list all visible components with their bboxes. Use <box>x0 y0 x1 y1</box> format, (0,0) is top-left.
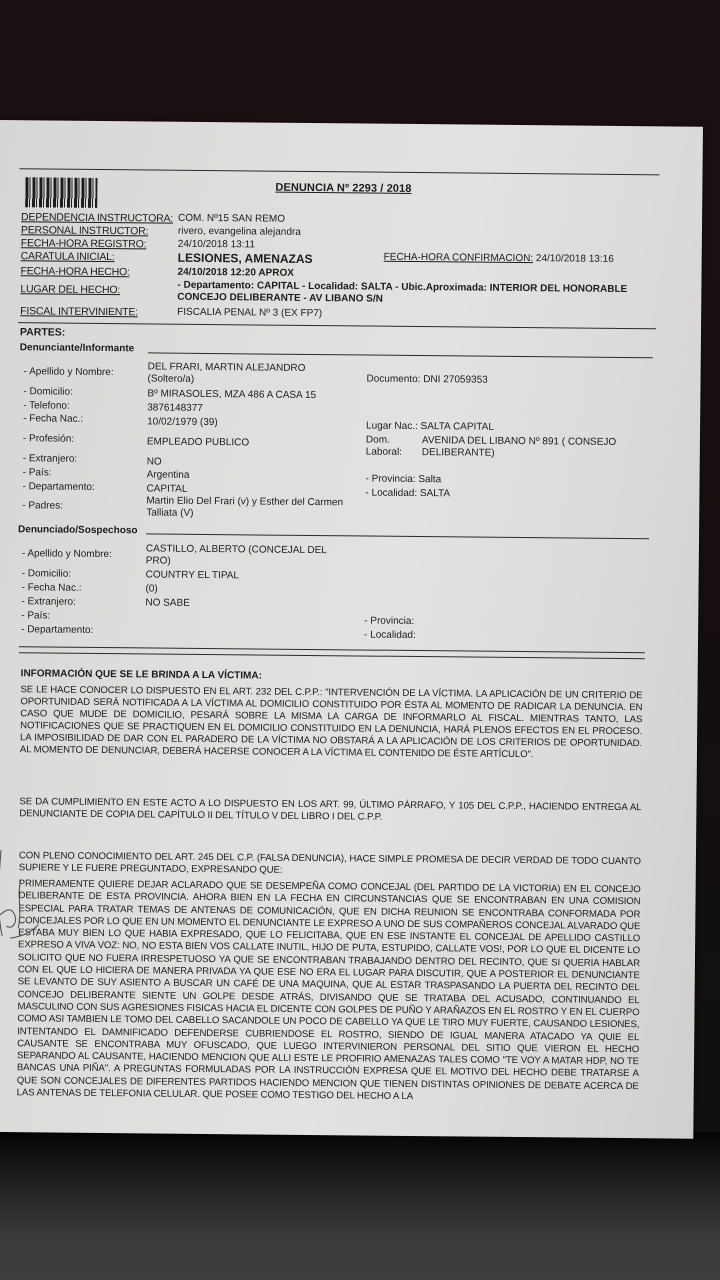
document-title: DENUNCIA Nº 2293 / 2018 <box>275 182 411 195</box>
denunciante-departamento-label: - Departamento: <box>22 481 94 494</box>
denunciante-profesion-value: EMPLEADO PUBLICO <box>147 436 249 449</box>
denunciante-estado-civil: (Soltero/a) <box>147 373 194 385</box>
fiscal-label: FISCAL INTERVINIENTE: <box>20 305 176 318</box>
localidad: - Localidad: SALTA <box>365 488 450 501</box>
documento-label: Documento: DNI 27059353 <box>366 374 487 387</box>
localidad-value: SALTA <box>420 488 450 499</box>
denunciante-extranjero-label: - Extranjero: <box>23 453 78 466</box>
denunciante-domicilio-label: - Domicilio: <box>23 386 73 398</box>
denunciante-telefono-label: - Telefono: <box>23 400 70 412</box>
lugar-nac: Lugar Nac.: SALTA CAPITAL <box>366 421 494 434</box>
lugar-label: LUGAR DEL HECHO: <box>20 283 176 296</box>
lugar-value-line2: CONCEJO DELIBERANTE - AV LIBANO S/N <box>177 292 383 305</box>
denunciado-fecha-nac-value: (0) <box>145 583 157 595</box>
denunciante-pais-label: - País: <box>23 467 52 479</box>
header-caratula: CARATULA INICIAL: LESIONES, AMENAZAS <box>21 250 177 263</box>
denunciante-domicilio-value: Bº MIRASOLES, MZA 486 A CASA 15 <box>147 388 316 402</box>
denunciante-padres-label: - Padres: <box>22 500 63 512</box>
header-confirmacion: FECHA-HORA CONFIRMACION: 24/10/2018 13:1… <box>384 252 614 265</box>
denunciante-fecha-nac-label: - Fecha Nac.: <box>23 413 83 426</box>
header-lugar: LUGAR DEL HECHO: - Departamento: CAPITAL… <box>20 283 176 296</box>
confirmacion-value: 24/10/2018 13:16 <box>536 253 614 265</box>
caratula-label: CARATULA INICIAL: <box>21 250 177 263</box>
divider <box>146 533 649 539</box>
documento-value: DNI 27059353 <box>423 374 488 386</box>
denunciante-heading: Denunciante/Informante <box>20 342 135 354</box>
denunciante-fecha-nac-value: 10/02/1979 (39) <box>147 416 218 429</box>
header-personal: PERSONAL INSTRUCTOR: rivero, evangelina … <box>21 224 177 237</box>
denunciante-pais-value: Argentina <box>147 469 190 481</box>
denunciante-padres-value-2: Talliata (V) <box>146 507 193 519</box>
denunciante-extranjero-value: NO <box>147 456 162 468</box>
denunciado-extranjero-value: NO SABE <box>145 597 190 609</box>
denunciado-apellido-value-1: CASTILLO, ALBERTO (CONCEJAL DEL <box>146 543 327 557</box>
hecho-value: 24/10/2018 12:20 APROX <box>177 267 293 279</box>
denunciado-fecha-nac-label: - Fecha Nac.: <box>21 582 81 595</box>
background-surface <box>0 1132 720 1280</box>
denunciado-departamento-label: - Departamento: <box>21 624 93 637</box>
denunciante-departamento-value: CAPITAL <box>146 483 187 495</box>
denunciado-extranjero-label: - Extranjero: <box>21 596 76 609</box>
denunciado-domicilio-value: COUNTRY EL TIPAL <box>146 569 239 582</box>
denunciante-apellido-label: - Apellido y Nombre: <box>24 366 114 379</box>
header-fiscal: FISCAL INTERVINIENTE: FISCALIA PENAL Nº … <box>20 305 176 318</box>
provincia-value: Salta <box>418 474 441 485</box>
header-registro: FECHA-HORA REGISTRO: 24/10/2018 13:11 <box>21 237 177 250</box>
personal-label: PERSONAL INSTRUCTOR: <box>21 224 177 237</box>
paragraph-art99: SE DA CUMPLIMIENTO EN ESTE ACTO A LO DIS… <box>19 796 641 826</box>
paragraph-art245: CON PLENO CONOCIMIENTO DEL ART. 245 DEL … <box>19 850 641 880</box>
header-hecho: FECHA-HORA HECHO: 24/10/2018 12:20 APROX <box>20 265 176 278</box>
localidad-label: - Localidad: <box>365 488 417 499</box>
lugar-nac-label: Lugar Nac.: <box>366 421 418 432</box>
hecho-label: FECHA-HORA HECHO: <box>20 265 176 278</box>
caratula-value: LESIONES, AMENAZAS <box>178 251 313 266</box>
handwritten-signature-icon <box>0 840 53 951</box>
denunciado-provincia-label: - Provincia: <box>364 616 414 628</box>
denunciante-telefono-value: 3876148377 <box>147 402 203 415</box>
denunciado-pais-label: - País: <box>21 610 50 622</box>
dependencia-label: DEPENDENCIA INSTRUCTORA: <box>21 211 177 224</box>
partes-heading: PARTES: <box>20 326 65 338</box>
registro-label: FECHA-HORA REGISTRO: <box>21 237 177 250</box>
documento-label-text: Documento: <box>366 374 420 386</box>
dom-laboral-label-2: Laboral: <box>366 447 402 459</box>
denunciado-localidad-label: - Localidad: <box>364 630 416 642</box>
provincia: - Provincia: Salta <box>366 474 442 487</box>
denunciado-domicilio-label: - Domicilio: <box>22 568 72 580</box>
dom-laboral-label-1: Dom. <box>366 435 390 447</box>
registro-value: 24/10/2018 13:11 <box>178 239 255 251</box>
fiscal-value: FISCALIA PENAL Nº 3 (EX FP7) <box>177 307 322 319</box>
provincia-label: - Provincia: <box>366 474 416 485</box>
confirmacion-label: FECHA-HORA CONFIRMACION: <box>384 252 534 264</box>
divider <box>148 352 653 358</box>
header-dependencia: DEPENDENCIA INSTRUCTORA: COM. Nº15 SAN R… <box>21 211 177 224</box>
info-victima-heading: INFORMACIÓN QUE SE LE BRINDA A LA VÍCTIM… <box>21 668 262 681</box>
denunciado-apellido-label: - Apellido y Nombre: <box>22 548 112 561</box>
dependencia-value: COM. Nº15 SAN REMO <box>178 213 285 225</box>
denunciado-apellido-value-2: PRO) <box>146 555 171 567</box>
document-page: DENUNCIA Nº 2293 / 2018 DEPENDENCIA INST… <box>0 120 703 1139</box>
paragraph-relato: PRIMERAMENTE QUIERE DEJAR ACLARADO QUE S… <box>17 878 641 1105</box>
dom-laboral-value-2: DELIBERANTE) <box>422 447 495 460</box>
divider <box>20 168 660 175</box>
lugar-nac-value: SALTA CAPITAL <box>421 421 494 433</box>
barcode-icon <box>25 177 97 208</box>
personal-value: rivero, evangelina alejandra <box>178 226 301 238</box>
divider <box>19 652 645 659</box>
denunciado-heading: Denunciado/Sospechoso <box>18 524 138 536</box>
paragraph-art232: SE LE HACE CONOCER LO DISPUESTO EN EL AR… <box>20 684 643 763</box>
denunciante-profesion-label: - Profesión: <box>23 433 74 445</box>
divider <box>18 322 656 329</box>
